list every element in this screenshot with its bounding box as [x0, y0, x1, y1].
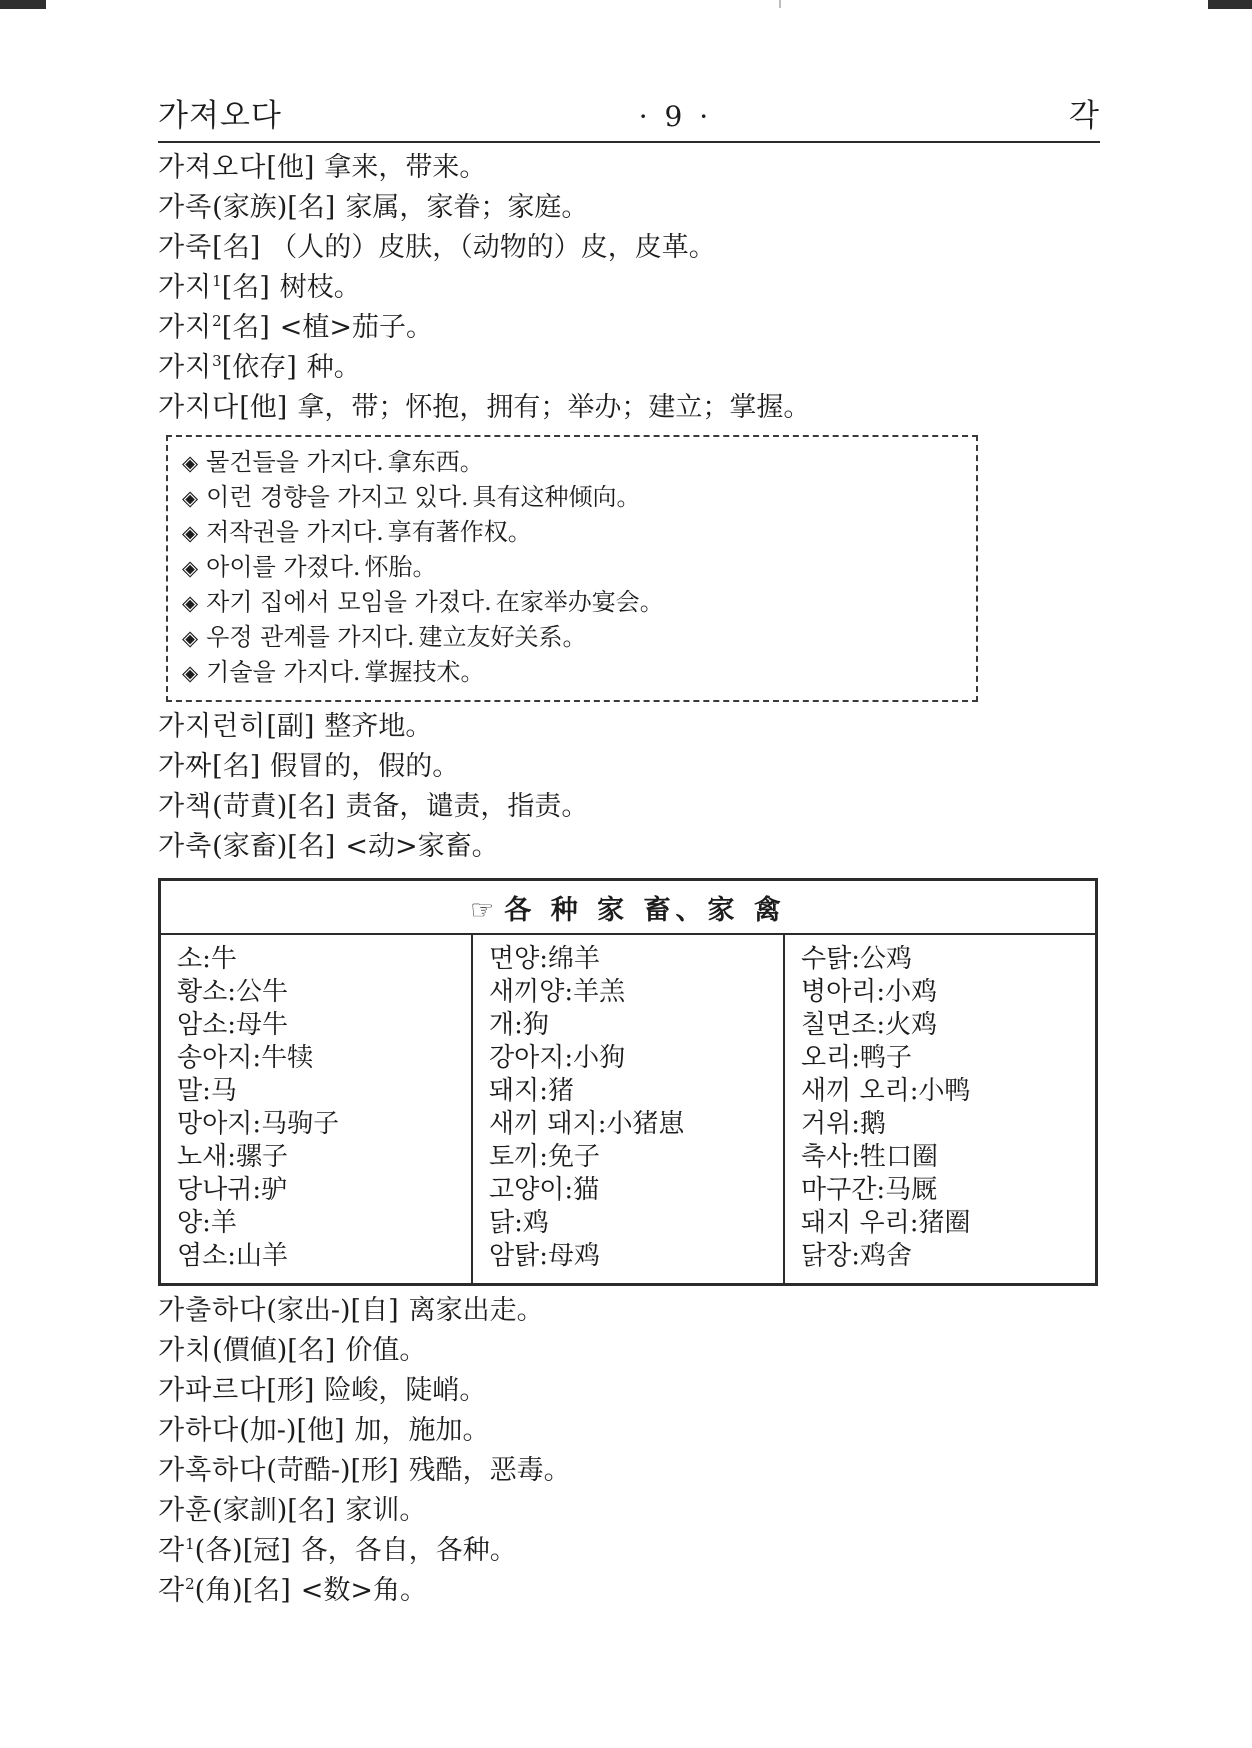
animal-term: 양:羊	[177, 1207, 471, 1240]
diamond-bullet-icon: ◈	[182, 591, 198, 615]
animal-term: 돼지 우리:猪圈	[801, 1207, 1095, 1240]
entry-homograph-number: 1	[185, 1535, 195, 1553]
example-chinese: 怀胎。	[365, 553, 437, 581]
animal-term: 염소:山羊	[177, 1240, 471, 1273]
entry-definition: 责备，谴责，指责。	[345, 791, 588, 822]
example-korean: 이런 경향을 가지고 있다.	[206, 483, 468, 511]
entry-homograph-number: 2	[185, 1575, 195, 1593]
entry-headword: 가지	[158, 312, 212, 343]
dictionary-entry: 가지다[他]拿，带；怀抱，拥有；举办；建立；掌握。	[158, 393, 1100, 423]
entry-headword: 가혹하다	[158, 1455, 266, 1486]
dictionary-entry: 가하다(加-)[他]加，施加。	[158, 1416, 1100, 1446]
example-chinese: 拿东西。	[388, 448, 484, 476]
example-sentence: ◈저작권을 가지다.享有著作权。	[182, 515, 964, 550]
entry-homograph-number: 1	[212, 272, 222, 290]
diamond-bullet-icon: ◈	[182, 661, 198, 685]
animal-term: 노새:骡子	[177, 1141, 471, 1174]
diamond-bullet-icon: ◈	[182, 486, 198, 510]
entry-hanja: (家族)	[212, 192, 287, 223]
dictionary-entry: 가져오다[他]拿来，带来。	[158, 153, 1100, 183]
scan-artifact-mark-left	[0, 0, 46, 9]
entry-pos-tag: [名]	[212, 751, 260, 782]
entry-list-bottom: 가출하다(家出-)[自]离家出走。 가치(價値)[名]价值。 가파르다[形]险峻…	[158, 1296, 1100, 1606]
entry-definition: 整齐地。	[324, 711, 432, 742]
animal-term: 닭:鸡	[489, 1207, 783, 1240]
example-sentence: ◈우정 관계를 가지다.建立友好关系。	[182, 620, 964, 655]
animal-term: 소:牛	[177, 943, 471, 976]
entry-pos-tag: [名]	[287, 1495, 335, 1526]
diamond-bullet-icon: ◈	[182, 556, 198, 580]
example-chinese: 掌握技术。	[365, 658, 485, 686]
dictionary-entry: 가족(家族)[名]家属，家眷；家庭。	[158, 193, 1100, 223]
animal-term: 송아지:牛犊	[177, 1042, 471, 1075]
dictionary-entry: 가지3[依存]种。	[158, 353, 1100, 383]
entry-definition: <数>角。	[301, 1575, 427, 1606]
livestock-column-2: 면양:绵羊새끼양:羊羔개:狗강아지:小狗돼지:猪새끼 돼지:小猪崽토끼:免子고양…	[471, 935, 783, 1283]
entry-definition: 残酷，恶毒。	[409, 1455, 571, 1486]
entry-definition: <动>家畜。	[345, 831, 498, 862]
running-head: 가져오다 · 9 · 각	[158, 90, 1100, 143]
entry-headword: 가죽	[158, 232, 212, 263]
entry-headword: 가져오다	[158, 152, 266, 183]
entry-headword: 가치	[158, 1335, 212, 1366]
animal-term: 황소:公牛	[177, 976, 471, 1009]
entry-pos-tag: [名]	[287, 1335, 335, 1366]
entry-headword: 가지	[158, 352, 212, 383]
entry-list-top: 가져오다[他]拿来，带来。 가족(家族)[名]家属，家眷；家庭。 가죽[名]（人…	[158, 153, 1100, 423]
animal-term: 병아리:小鸡	[801, 976, 1095, 1009]
entry-homograph-number: 2	[212, 312, 222, 330]
scan-artifact-mark-right	[1208, 0, 1252, 9]
dictionary-page: 가져오다 · 9 · 각 가져오다[他]拿来，带来。 가족(家族)[名]家属，家…	[0, 0, 1252, 1748]
entry-headword: 가축	[158, 831, 212, 862]
entry-definition: 家属，家眷；家庭。	[345, 192, 588, 223]
example-sentence: ◈자기 집에서 모임을 가졌다.在家举办宴会。	[182, 585, 964, 620]
animal-term: 고양이:猫	[489, 1174, 783, 1207]
entry-pos-tag: [名]	[287, 831, 335, 862]
entry-hanja: (苛責)	[212, 791, 287, 822]
example-korean: 아이를 가졌다.	[206, 553, 360, 581]
animal-term: 칠면조:火鸡	[801, 1009, 1095, 1042]
animal-term: 닭장:鸡舍	[801, 1240, 1095, 1273]
entry-definition: 各，各自，各种。	[301, 1535, 517, 1566]
entry-pos-tag: [他]	[266, 152, 314, 183]
entry-pos-tag: [形]	[351, 1455, 399, 1486]
entry-definition: 离家出走。	[409, 1295, 544, 1326]
animal-term: 새끼 오리:小鸭	[801, 1075, 1095, 1108]
example-korean: 물건들을 가지다.	[206, 448, 384, 476]
example-korean: 우정 관계를 가지다.	[206, 623, 414, 651]
guide-word-right: 각	[1069, 90, 1100, 135]
animal-term: 돼지:猪	[489, 1075, 783, 1108]
entry-pos-tag: [名]	[222, 312, 270, 343]
dictionary-entry: 가지2[名]<植>茄子。	[158, 313, 1100, 343]
entry-pos-tag: [副]	[266, 711, 314, 742]
entry-pos-tag: [名]	[287, 791, 335, 822]
livestock-column-3: 수탉:公鸡병아리:小鸡칠면조:火鸡오리:鸭子새끼 오리:小鸭거위:鹅축사:牲口圈…	[783, 935, 1095, 1283]
animal-term: 망아지:马驹子	[177, 1108, 471, 1141]
entry-hanja: (角)	[195, 1575, 243, 1606]
entry-pos-tag: [名]	[212, 232, 260, 263]
example-chinese: 在家举办宴会。	[496, 588, 664, 616]
entry-pos-tag: [自]	[351, 1295, 399, 1326]
page-content: 가져오다 · 9 · 각 가져오다[他]拿来，带来。 가족(家族)[名]家属，家…	[158, 90, 1100, 1606]
example-chinese: 建立友好关系。	[419, 623, 587, 651]
example-korean: 저작권을 가지다.	[206, 518, 384, 546]
animal-term: 암소:母牛	[177, 1009, 471, 1042]
livestock-column-1: 소:牛황소:公牛암소:母牛송아지:牛犊말:马망아지:马驹子노새:骡子당나귀:驴양…	[161, 935, 471, 1283]
animal-term: 당나귀:驴	[177, 1174, 471, 1207]
example-box: ◈물건들을 가지다.拿东西。 ◈이런 경향을 가지고 있다.具有这种倾向。 ◈저…	[166, 435, 978, 702]
dictionary-entry: 가짜[名]假冒的，假的。	[158, 752, 1100, 782]
entry-hanja: (家出-)	[266, 1295, 350, 1326]
dictionary-entry: 각1(各)[冠]各，各自，各种。	[158, 1536, 1100, 1566]
livestock-table-title-text: 各 种 家 畜、家 禽	[504, 895, 786, 926]
animal-term: 강아지:小狗	[489, 1042, 783, 1075]
entry-definition: 假冒的，假的。	[270, 751, 459, 782]
page-number: · 9 ·	[639, 100, 712, 133]
animal-term: 암탉:母鸡	[489, 1240, 783, 1273]
diamond-bullet-icon: ◈	[182, 626, 198, 650]
entry-definition: 险峻，陡峭。	[324, 1375, 486, 1406]
animal-term: 축사:牲口圈	[801, 1141, 1095, 1174]
example-sentence: ◈이런 경향을 가지고 있다.具有这种倾向。	[182, 480, 964, 515]
entry-headword: 가지	[158, 272, 212, 303]
entry-headword: 가족	[158, 192, 212, 223]
dictionary-entry: 가지런히[副]整齐地。	[158, 712, 1100, 742]
entry-pos-tag: [名]	[222, 272, 270, 303]
entry-definition: <植>茄子。	[280, 312, 433, 343]
entry-definition: 树枝。	[280, 272, 361, 303]
dictionary-entry: 가파르다[形]险峻，陡峭。	[158, 1376, 1100, 1406]
entry-pos-tag: [依存]	[222, 352, 297, 383]
animal-term: 말:马	[177, 1075, 471, 1108]
example-chinese: 具有这种倾向。	[473, 483, 641, 511]
animal-term: 오리:鸭子	[801, 1042, 1095, 1075]
entry-definition: 拿来，带来。	[324, 152, 486, 183]
entry-definition: 价值。	[345, 1335, 426, 1366]
entry-hanja: (價値)	[212, 1335, 287, 1366]
entry-list-middle: 가지런히[副]整齐地。 가짜[名]假冒的，假的。 가책(苛責)[名]责备，谴责，…	[158, 712, 1100, 862]
entry-definition: 种。	[307, 352, 361, 383]
livestock-table-body: 소:牛황소:公牛암소:母牛송아지:牛犊말:马망아지:马驹子노새:骡子당나귀:驴양…	[161, 935, 1095, 1283]
dictionary-entry: 각2(角)[名]<数>角。	[158, 1576, 1100, 1606]
animal-term: 수탉:公鸡	[801, 943, 1095, 976]
entry-headword: 각	[158, 1575, 185, 1606]
entry-pos-tag: [名]	[287, 192, 335, 223]
entry-headword: 가하다	[158, 1415, 239, 1446]
dictionary-entry: 가책(苛責)[名]责备，谴责，指责。	[158, 792, 1100, 822]
livestock-table-title: ☞各 种 家 畜、家 禽	[161, 881, 1095, 935]
example-sentence: ◈물건들을 가지다.拿东西。	[182, 445, 964, 480]
animal-term: 개:狗	[489, 1009, 783, 1042]
entry-definition: 家训。	[345, 1495, 426, 1526]
entry-definition: 拿，带；怀抱，拥有；举办；建立；掌握。	[297, 392, 810, 423]
entry-pos-tag: [冠]	[243, 1535, 291, 1566]
example-korean: 기술을 가지다.	[206, 658, 360, 686]
entry-definition: 加，施加。	[355, 1415, 490, 1446]
dictionary-entry: 가훈(家訓)[名]家训。	[158, 1496, 1100, 1526]
dictionary-entry: 가죽[名]（人的）皮肤，（动物的）皮，皮革。	[158, 233, 1100, 263]
entry-pos-tag: [他]	[239, 392, 287, 423]
entry-headword: 가파르다	[158, 1375, 266, 1406]
dictionary-entry: 가치(價値)[名]价值。	[158, 1336, 1100, 1366]
entry-homograph-number: 3	[212, 352, 222, 370]
animal-term: 토끼:免子	[489, 1141, 783, 1174]
entry-hanja: (加-)	[239, 1415, 296, 1446]
scan-artifact-tick	[779, 0, 781, 8]
diamond-bullet-icon: ◈	[182, 451, 198, 475]
livestock-table: ☞各 种 家 畜、家 禽 소:牛황소:公牛암소:母牛송아지:牛犊말:马망아지:马…	[158, 878, 1098, 1286]
entry-definition: （人的）皮肤，（动物的）皮，皮革。	[270, 232, 716, 263]
guide-word-left: 가져오다	[158, 90, 282, 135]
diamond-bullet-icon: ◈	[182, 521, 198, 545]
animal-term: 새끼 돼지:小猪崽	[489, 1108, 783, 1141]
dictionary-entry: 가지1[名]树枝。	[158, 273, 1100, 303]
entry-headword: 각	[158, 1535, 185, 1566]
animal-term: 거위:鹅	[801, 1108, 1095, 1141]
entry-headword: 가책	[158, 791, 212, 822]
entry-hanja: (家畜)	[212, 831, 287, 862]
entry-pos-tag: [形]	[266, 1375, 314, 1406]
pointing-hand-icon: ☞	[470, 895, 494, 926]
example-sentence: ◈아이를 가졌다.怀胎。	[182, 550, 964, 585]
dictionary-entry: 가혹하다(苛酷-)[形]残酷，恶毒。	[158, 1456, 1100, 1486]
entry-headword: 가지런히	[158, 711, 266, 742]
animal-term: 면양:绵羊	[489, 943, 783, 976]
entry-hanja: (家訓)	[212, 1495, 287, 1526]
entry-headword: 가출하다	[158, 1295, 266, 1326]
example-chinese: 享有著作权。	[388, 518, 532, 546]
entry-hanja: (苛酷-)	[266, 1455, 350, 1486]
example-korean: 자기 집에서 모임을 가졌다.	[206, 588, 492, 616]
animal-term: 새끼양:羊羔	[489, 976, 783, 1009]
entry-headword: 가지다	[158, 392, 239, 423]
entry-hanja: (各)	[195, 1535, 243, 1566]
entry-pos-tag: [他]	[296, 1415, 344, 1446]
entry-headword: 가훈	[158, 1495, 212, 1526]
animal-term: 마구간:马厩	[801, 1174, 1095, 1207]
entry-headword: 가짜	[158, 751, 212, 782]
dictionary-entry: 가축(家畜)[名]<动>家畜。	[158, 832, 1100, 862]
dictionary-entry: 가출하다(家出-)[自]离家出走。	[158, 1296, 1100, 1326]
example-sentence: ◈기술을 가지다.掌握技术。	[182, 655, 964, 690]
entry-pos-tag: [名]	[243, 1575, 291, 1606]
